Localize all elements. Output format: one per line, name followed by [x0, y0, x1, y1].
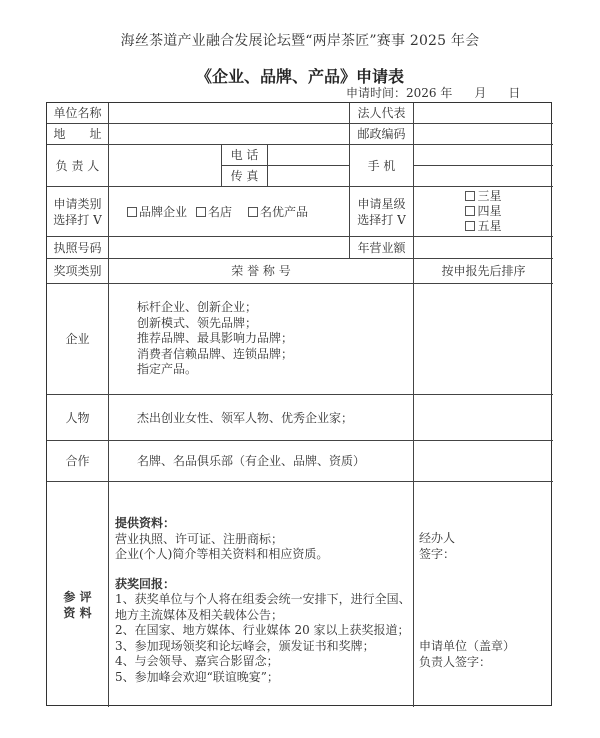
- honor-line: 创新模式、领先品牌；: [137, 316, 407, 332]
- checkbox-icon[interactable]: [465, 191, 475, 201]
- postcode-field[interactable]: [414, 124, 553, 144]
- category-options: 品牌企业 名店 名优产品: [127, 187, 349, 236]
- date-month-label: 月: [474, 84, 486, 101]
- honor-line: 消费者信赖品牌、连锁品牌；: [137, 347, 407, 363]
- mobile-label: 手 机: [350, 145, 413, 186]
- applicant-sign-label: 负责人签字：: [419, 655, 549, 671]
- category-label-line-1: 申请类别: [53, 196, 101, 212]
- legal-rep-field[interactable]: [414, 103, 553, 123]
- reward-heading: 获奖回报：: [115, 577, 411, 593]
- fax-field[interactable]: [268, 166, 349, 186]
- row-divider: [47, 481, 553, 482]
- person-honors: 杰出创业女性、领军人物、优秀企业家；: [137, 395, 407, 440]
- date-year-label: 申请时间：2026 年: [346, 84, 452, 101]
- star-options: 三星 四星 五星: [414, 187, 553, 236]
- handler-sign-label: 签字：: [419, 547, 549, 563]
- reward-line: 5、参加峰会欢迎“联谊晚宴”；: [115, 670, 411, 686]
- person-in-charge-label: 负 责 人: [47, 145, 108, 186]
- col-divider: [108, 103, 109, 707]
- category-label: 申请类别 选择打 V: [47, 187, 108, 236]
- materials-label-line-1: 参 评: [63, 589, 91, 605]
- award-type-enterprise: 企业: [47, 284, 108, 394]
- person-in-charge-field[interactable]: [109, 145, 221, 186]
- reward-line: 1、获奖单位与个人将在组委会统一安排下，进行全国、: [115, 592, 411, 608]
- star-option-4[interactable]: 四星: [465, 204, 501, 219]
- revenue-label: 年营业额: [350, 237, 413, 258]
- enterprise-order-field[interactable]: [414, 284, 553, 394]
- category-option-brand[interactable]: 品牌企业: [127, 204, 187, 220]
- provide-line: 营业执照、许可证、注册商标；: [115, 532, 411, 548]
- unit-name-field[interactable]: [109, 103, 349, 123]
- application-date: 申请时间：2026 年月日: [346, 84, 520, 101]
- category-option-product[interactable]: 名优产品: [248, 204, 308, 220]
- mobile-field-1[interactable]: [414, 145, 553, 165]
- materials-label: 参 评 资 料: [47, 482, 108, 707]
- handler-signature[interactable]: 经办人 签字：: [419, 531, 549, 562]
- checkbox-icon[interactable]: [196, 207, 206, 217]
- reward-line: 4、与会领导、嘉宾合影留念；: [115, 654, 411, 670]
- order-header: 按申报先后排序: [414, 259, 553, 283]
- document-title: 海丝茶道产业融合发展论坛暨“两岸茶匠”赛事 2025 年会: [0, 30, 600, 50]
- mobile-field-2[interactable]: [414, 166, 553, 186]
- award-type-person: 人物: [47, 395, 108, 440]
- unit-name-label: 单位名称: [47, 103, 108, 123]
- provide-line: 企业(个人)简介等相关资料和相应资质。: [115, 547, 411, 563]
- category-option-store[interactable]: 名店: [196, 204, 232, 220]
- reward-line: 2、在国家、地方媒体、行业媒体 20 家以上获奖报道；: [115, 623, 411, 639]
- checkbox-icon[interactable]: [465, 221, 475, 231]
- cooperation-honors: 名牌、名品俱乐部（有企业、品牌、资质）: [137, 441, 407, 481]
- checkbox-icon[interactable]: [127, 207, 137, 217]
- license-label: 执照号码: [47, 237, 108, 258]
- checkbox-icon[interactable]: [465, 206, 475, 216]
- star-option-3[interactable]: 三星: [465, 189, 501, 204]
- honor-line: 推荐品牌、最具影响力品牌；: [137, 331, 407, 347]
- award-type-cooperation: 合作: [47, 441, 108, 481]
- legal-rep-label: 法人代表: [350, 103, 413, 123]
- star-label-line-1: 申请星级: [357, 196, 405, 212]
- enterprise-honors: 标杆企业、创新企业； 创新模式、领先品牌； 推荐品牌、最具影响力品牌； 消费者信…: [137, 300, 407, 378]
- honor-line: 标杆企业、创新企业；: [137, 300, 407, 316]
- reward-line: 3、参加现场领奖和论坛峰会，颁发证书和奖牌；: [115, 639, 411, 655]
- fax-label: 传 真: [222, 166, 267, 186]
- star-level-label: 申请星级 选择打 V: [350, 187, 413, 236]
- date-day-label: 日: [508, 84, 520, 101]
- materials-content: 提供资料： 营业执照、许可证、注册商标； 企业(个人)简介等相关资料和相应资质。…: [115, 516, 411, 685]
- revenue-field[interactable]: [414, 237, 553, 258]
- checkbox-icon[interactable]: [248, 207, 258, 217]
- application-form-table: 单位名称 法人代表 地 址 邮政编码 负 责 人 电 话 传 真 手 机 申请类…: [46, 102, 552, 706]
- applicant-signature[interactable]: 申请单位（盖章） 负责人签字：: [419, 639, 549, 670]
- phone-field[interactable]: [268, 145, 349, 165]
- provide-heading: 提供资料：: [115, 516, 411, 532]
- postcode-label: 邮政编码: [350, 124, 413, 144]
- cooperation-order-field[interactable]: [414, 441, 553, 481]
- person-order-field[interactable]: [414, 395, 553, 440]
- reward-line: 地方主流媒体及相关载体公告；: [115, 608, 411, 624]
- handler-label: 经办人: [419, 531, 549, 547]
- award-type-header: 奖项类别: [47, 259, 108, 283]
- applicant-seal-label: 申请单位（盖章）: [419, 639, 549, 655]
- address-field[interactable]: [109, 124, 349, 144]
- phone-label: 电 话: [222, 145, 267, 165]
- honor-title-header: 荣 誉 称 号: [109, 259, 413, 283]
- category-label-line-2: 选择打 V: [53, 212, 101, 228]
- star-option-5[interactable]: 五星: [465, 219, 501, 234]
- star-label-line-2: 选择打 V: [357, 212, 405, 228]
- materials-label-line-2: 资 料: [63, 605, 91, 621]
- address-label: 地 址: [47, 124, 108, 144]
- license-field[interactable]: [109, 237, 349, 258]
- honor-line: 指定产品。: [137, 362, 407, 378]
